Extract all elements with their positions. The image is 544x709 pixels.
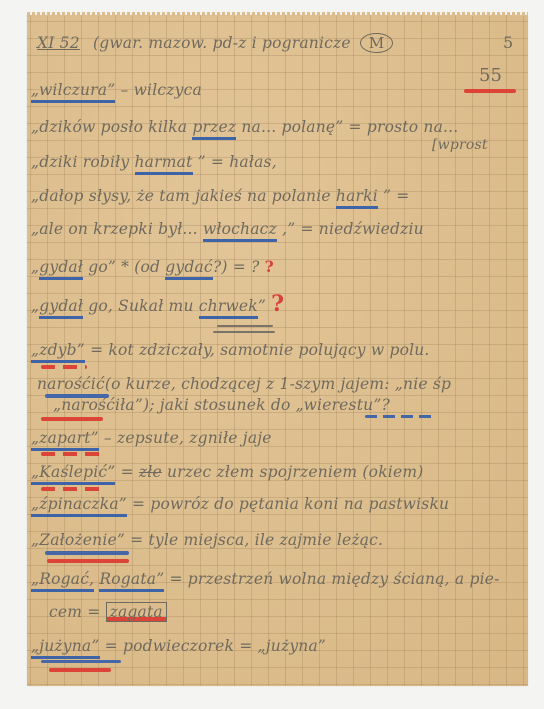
entry-term: „Rogać, — [31, 570, 94, 592]
entry-term: włochacz — [203, 220, 277, 242]
entry-term: harmat — [135, 153, 193, 175]
red-mark-folio — [464, 89, 516, 93]
separator-line — [217, 325, 273, 327]
red-mark — [47, 559, 129, 563]
separator-line — [213, 331, 275, 333]
entry-narosic: narośćić(o kurze, chodzącej z 1-szym jaj… — [37, 375, 451, 393]
entry-pre: „ — [31, 297, 39, 315]
entry-zdyb: „zdyb” = kot zdziczały, samotnie polując… — [31, 341, 430, 359]
entry-sep: = — [169, 570, 182, 588]
entry-rogac: „Rogać, Rogata” = przestrzeń wolna międz… — [31, 570, 500, 588]
entry-gloss: hałas, — [229, 153, 277, 171]
entry-sep: = — [132, 495, 145, 513]
entry-zpinaczka: „źpinaczka” = powróz do pętania koni na … — [31, 495, 449, 513]
entry-note: [wprost — [432, 137, 488, 153]
entry-post: na... polanę” = — [241, 118, 361, 136]
entry-term: „zdyb” — [31, 341, 85, 363]
entry-gloss: kot zdziczały, samotnie polujący w polu. — [108, 341, 429, 359]
entry-pre: „dziki robiły — [31, 153, 129, 171]
entry-gloss: wilczyca — [134, 81, 202, 99]
entry-gloss: ); jaki stosunek do „wierestu”? — [143, 396, 390, 414]
folio-number: 55 — [479, 65, 502, 86]
entry-term: gydał — [39, 297, 83, 319]
entry-term: „narośćiła” — [53, 396, 143, 414]
blue-mark — [41, 660, 121, 663]
entry-sep: – — [120, 81, 128, 99]
blue-dashed-mark — [365, 415, 433, 418]
entry-pre: „ale on krzepki był... — [31, 220, 198, 238]
header-date: XI 52 — [37, 34, 80, 52]
entry-gloss: zepsute, zgniłe jaje — [117, 429, 272, 447]
entry-gydal-2: „gydał go, Sukał mu chrwek” ? — [31, 291, 284, 317]
entry-post: ” = — [383, 187, 409, 205]
entry-sep: = — [121, 463, 134, 481]
entry-gloss: tyle miejsca, ile zajmie leżąc. — [148, 531, 383, 549]
entry-rogac-line2: cem = zagata — [49, 603, 167, 621]
graph-paper-sheet: XI 52 (gwar. mazow. pd-z i pogranicze M … — [27, 15, 528, 686]
entry-gloss: ” — [258, 297, 266, 315]
entry-term: „źpinaczka” — [31, 495, 127, 517]
entry-term: „jużyna” — [31, 637, 100, 659]
entry-zalozenie: „Założenie” = tyle miejsca, ile zajmie l… — [31, 531, 383, 549]
page-number: 5 — [503, 33, 513, 52]
entry-term2: gydać — [165, 258, 213, 280]
entry-gloss: prosto na... — [367, 118, 459, 136]
header-note: (gwar. mazow. pd-z i pogranicze — [93, 34, 351, 52]
entry-harmat: „dziki robiły harmat ” = hałas, — [31, 153, 277, 171]
red-dashed-mark — [41, 452, 103, 456]
entry-gloss: ?) = ? — [213, 258, 260, 276]
entry-term: gydał — [39, 258, 83, 280]
entry-gydal-1: „gydał go” * (od gydać?) = ? ? — [31, 257, 274, 276]
entry-post: go” * (od — [88, 258, 160, 276]
red-dashed-mark — [41, 487, 103, 491]
entry-term: „wilczura” — [31, 81, 115, 103]
red-question-flag: ? — [271, 291, 284, 317]
entry-juzyna: „jużyna” = podwieczorek = „jużyna” — [31, 637, 326, 655]
entry-pre: „dzików posło kilka — [31, 118, 187, 136]
red-mark — [41, 417, 103, 421]
entry-harki: „dałop słysy, że tam jakieś na polanie h… — [31, 187, 410, 205]
entry-kaslepic: „Kaślepić” = złe urzec złem spojrzeniem … — [31, 463, 423, 481]
entry-term: narośćić — [37, 375, 105, 393]
red-mark — [49, 668, 111, 672]
entry-wlochacz: „ale on krzepki był... włochacz ,” = nie… — [31, 220, 424, 238]
entry-post: ” = — [198, 153, 224, 171]
header-line: XI 52 (gwar. mazow. pd-z i pogranicze M — [37, 33, 393, 53]
entry-sep: = — [105, 637, 118, 655]
entry-narosic-line2: „narośćiła”); jaki stosunek do „wierestu… — [53, 396, 390, 414]
entry-pre: „dałop słysy, że tam jakieś na polanie — [31, 187, 331, 205]
entry-term: „Kaślepić” — [31, 463, 115, 485]
entry-gloss: urzec złem spojrzeniem (okiem) — [167, 463, 423, 481]
red-dashed-mark — [41, 365, 87, 369]
entry-term: harki — [336, 187, 378, 209]
entry-post: go, Sukał mu — [88, 297, 193, 315]
entry-gloss: cem = — [49, 603, 100, 621]
blue-mark — [45, 551, 129, 555]
entry-pre: „ — [31, 258, 39, 276]
entry-zapart: „zapart” – zepsute, zgniłe jaje — [31, 429, 272, 447]
entry-gloss: powróz do pętania koni na pastwisku — [150, 495, 449, 513]
entry-term: „Założenie” — [31, 531, 125, 549]
struck-word: złe — [139, 463, 162, 481]
entry-gloss: niedźwiedziu — [319, 220, 424, 238]
red-question-flag: ? — [265, 257, 274, 276]
entry-term: przez — [192, 118, 236, 140]
entry-sep: = — [130, 531, 143, 549]
entry-sep: – — [104, 429, 112, 447]
boxed-word: zagata — [106, 602, 167, 622]
entry-gloss: przestrzeń wolna między ścianą, a pie- — [188, 570, 500, 588]
entry-wilczura: „wilczura” – wilczyca — [31, 81, 202, 99]
entry-gloss: podwieczorek = „jużyna” — [123, 637, 326, 655]
entry-term2: chrwek — [199, 297, 258, 319]
entry-post: ,” = — [282, 220, 314, 238]
entry-term: „zapart” — [31, 429, 99, 451]
entry-term2: Rogata” — [99, 570, 164, 592]
circled-mark: M — [360, 33, 394, 53]
entry-sep: = — [90, 341, 103, 359]
entry-przez: „dzików posło kilka przez na... polanę” … — [31, 118, 458, 136]
entry-gloss: (o kurze, chodzącej z 1-szym jajem: „nie… — [105, 375, 451, 393]
